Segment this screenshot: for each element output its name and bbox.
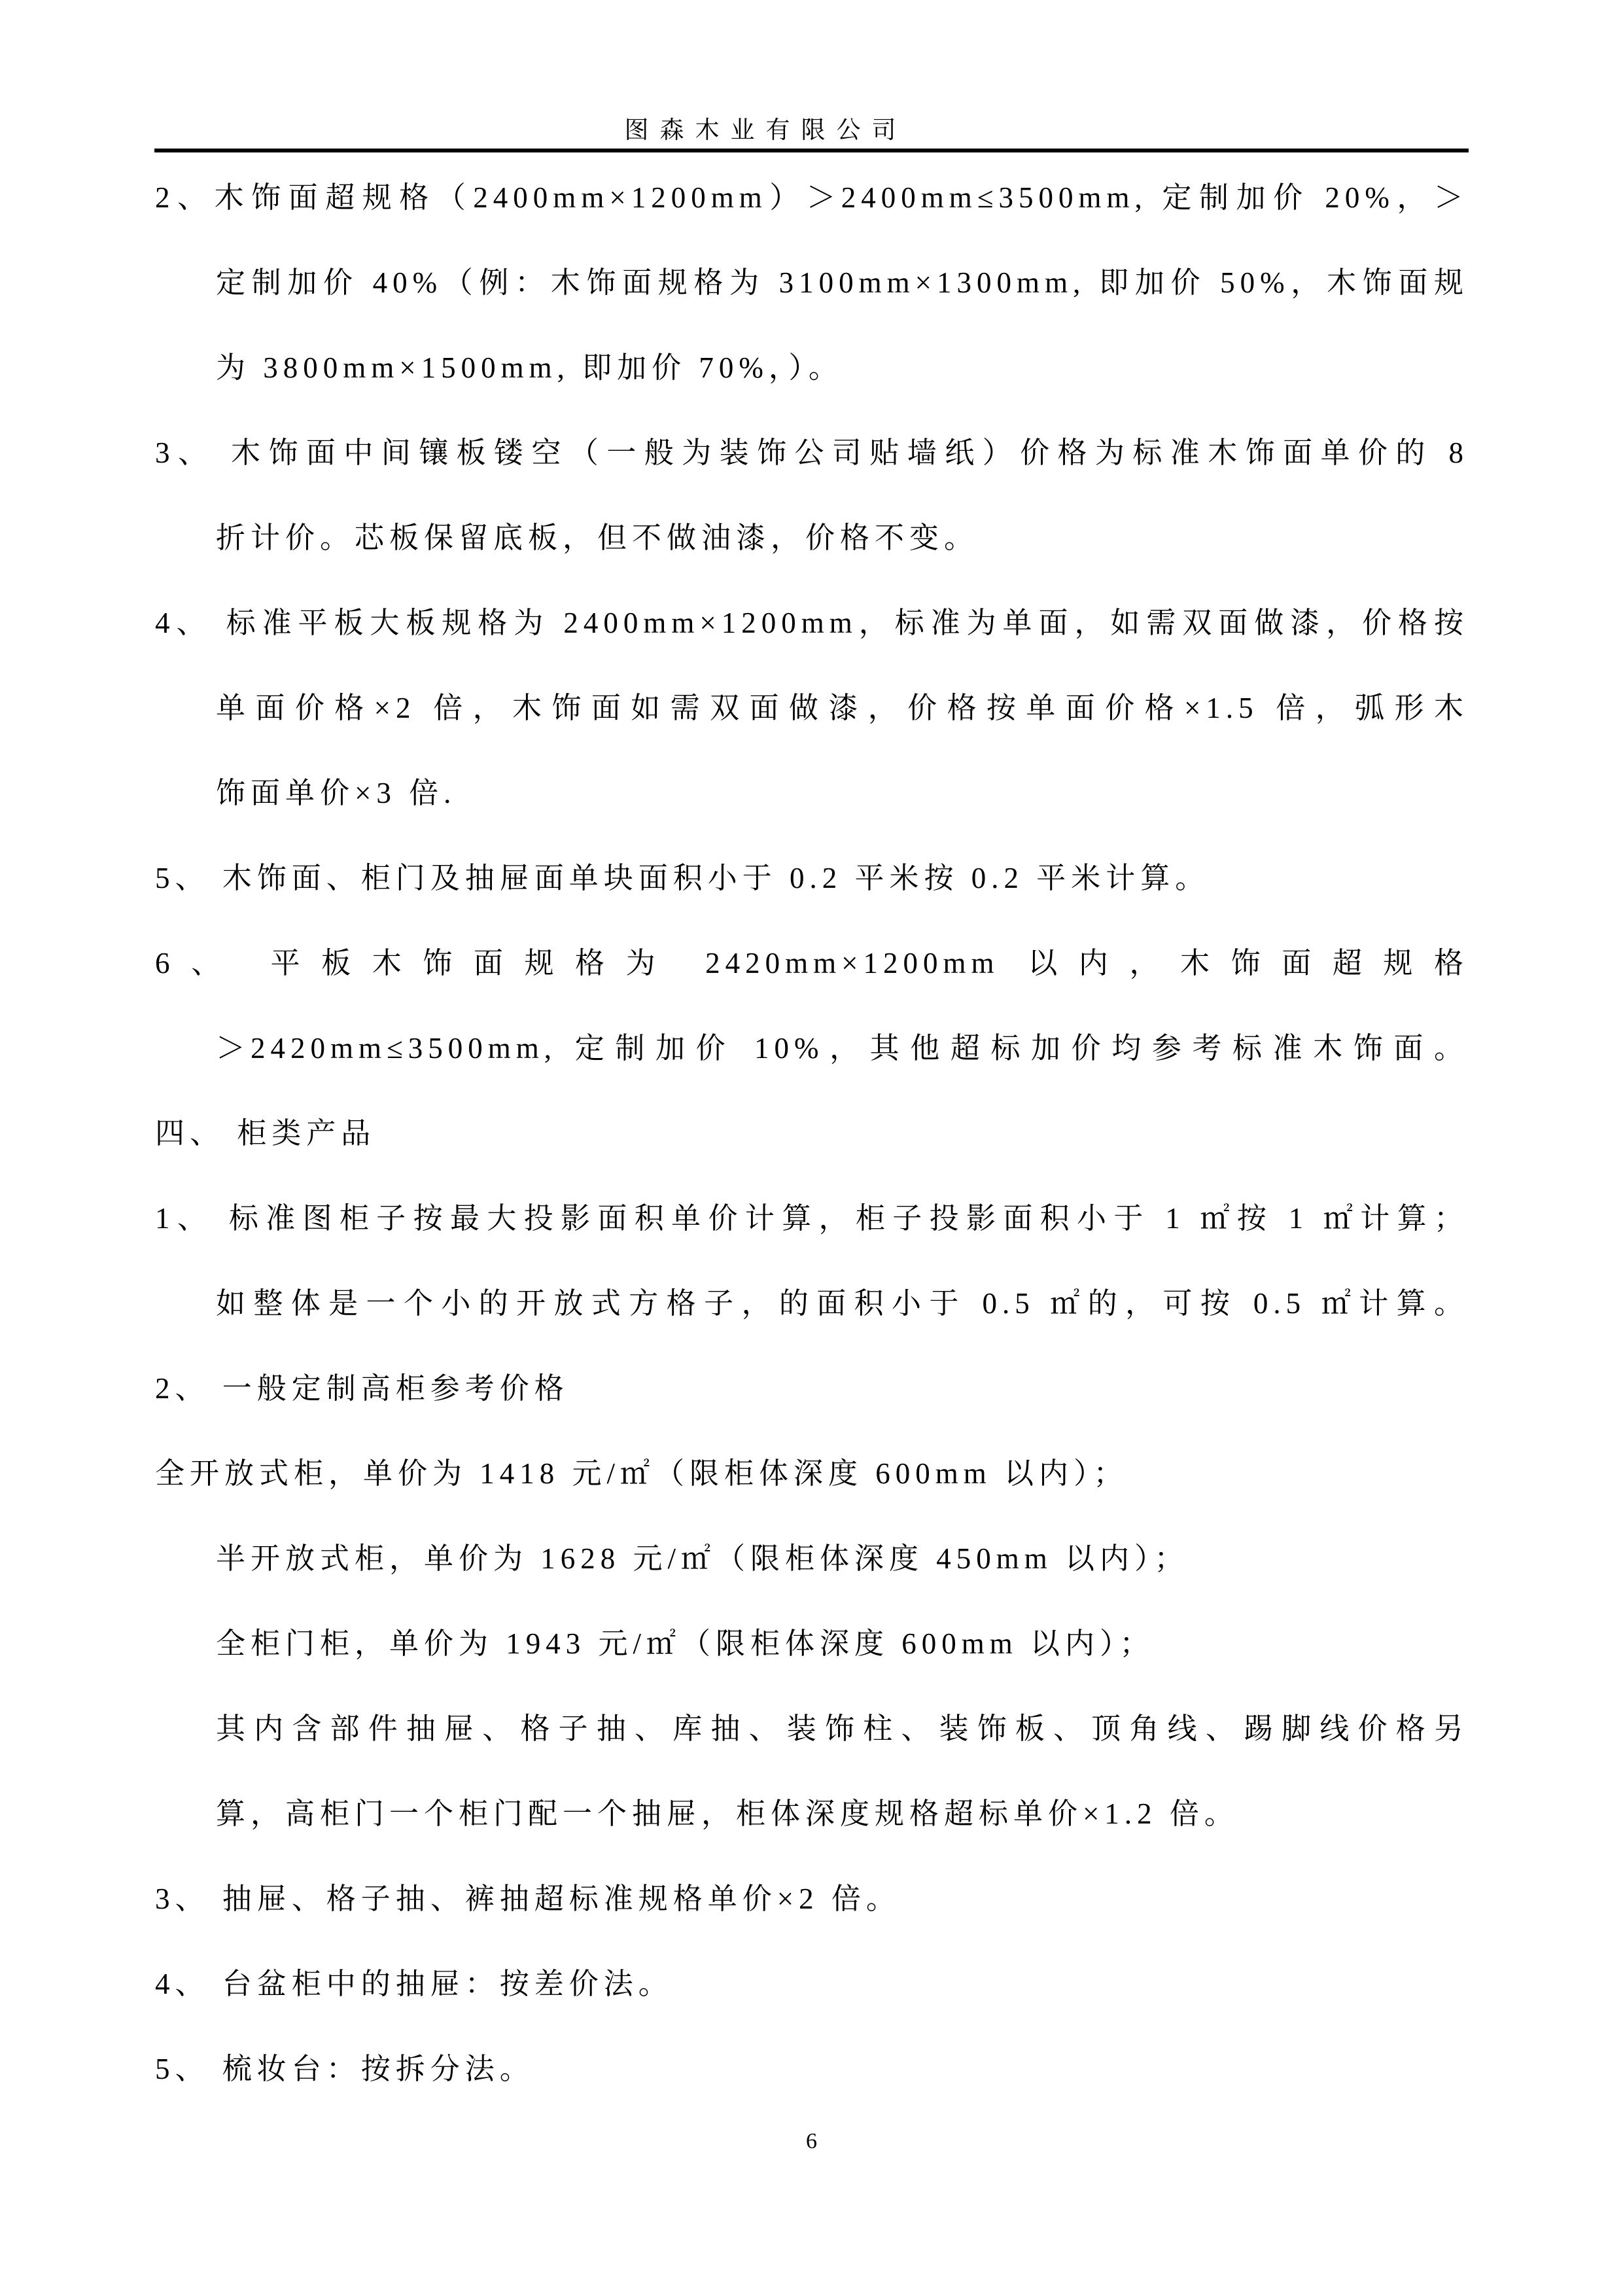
body-line: 半开放式柜，单价为 1628 元/㎡（限柜体深度 450mm 以内）； (155, 1516, 1469, 1601)
body-line: 全柜门柜，单价为 1943 元/㎡（限柜体深度 600mm 以内）； (155, 1601, 1469, 1686)
body-line: 4、 标准平板大板规格为 2400mm×1200mm，标准为单面，如需双面做漆，… (155, 580, 1469, 665)
body-line: 2、木饰面超规格（2400mm×1200mm）＞2400mm≤3500mm, 定… (155, 155, 1469, 240)
body-line: 单面价格×2 倍，木饰面如需双面做漆，价格按单面价格×1.5 倍，弧形木 (155, 665, 1469, 751)
body-line: 饰面单价×3 倍. (155, 751, 1469, 836)
body-line: 1、 标准图柜子按最大投影面积单价计算，柜子投影面积小于 1 ㎡按 1 ㎡计算； (155, 1176, 1469, 1261)
header-rule (154, 149, 1469, 152)
body-line: 4、 台盆柜中的抽屉：按差价法。 (155, 1941, 1469, 2026)
body-line: 5、 木饰面、柜门及抽屉面单块面积小于 0.2 平米按 0.2 平米计算。 (155, 836, 1469, 921)
body-line: 3、 木饰面中间镶板镂空（一般为装饰公司贴墙纸）价格为标准木饰面单价的 8 (155, 410, 1469, 495)
body-line section-heading: 四、 柜类产品 (155, 1091, 1469, 1176)
body-line: 5、 梳妆台：按拆分法。 (155, 2026, 1469, 2111)
body-line: 算，高柜门一个柜门配一个抽屉，柜体深度规格超标单价×1.2 倍。 (155, 1771, 1469, 1856)
body-line: 全开放式柜，单价为 1418 元/㎡（限柜体深度 600mm 以内）； (155, 1431, 1469, 1516)
body-line: 3、 抽屉、格子抽、裤抽超标准规格单价×2 倍。 (155, 1856, 1469, 1941)
company-name: 图森木业有限公司 (625, 117, 907, 144)
document-body: 2、木饰面超规格（2400mm×1200mm）＞2400mm≤3500mm, 定… (155, 155, 1469, 2111)
body-line: 其内含部件抽屉、格子抽、库抽、装饰柱、装饰板、顶角线、踢脚线价格另 (155, 1686, 1469, 1771)
page-footer: 6 (0, 2130, 1623, 2153)
body-line: 定制加价 40%（例：木饰面规格为 3100mm×1300mm, 即加价 50%… (155, 240, 1469, 325)
body-line: 折计价。芯板保留底板，但不做油漆，价格不变。 (155, 495, 1469, 580)
body-line: ＞2420mm≤3500mm, 定制加价 10%，其他超标加价均参考标准木饰面。 (155, 1006, 1469, 1091)
body-line: 6、 平板木饰面规格为 2420mm×1200mm 以内，木饰面超规格（2420… (155, 921, 1469, 1006)
body-line: 为 3800mm×1500mm, 即加价 70%，）。 (155, 325, 1469, 410)
page-header: 图森木业有限公司 (154, 118, 1469, 145)
body-line: 如整体是一个小的开放式方格子，的面积小于 0.5 ㎡的，可按 0.5 ㎡计算。 (155, 1261, 1469, 1346)
page-number: 6 (806, 2129, 817, 2153)
document-page: 图森木业有限公司 2、木饰面超规格（2400mm×1200mm）＞2400mm≤… (0, 0, 1623, 2296)
body-line: 2、 一般定制高柜参考价格 (155, 1346, 1469, 1431)
